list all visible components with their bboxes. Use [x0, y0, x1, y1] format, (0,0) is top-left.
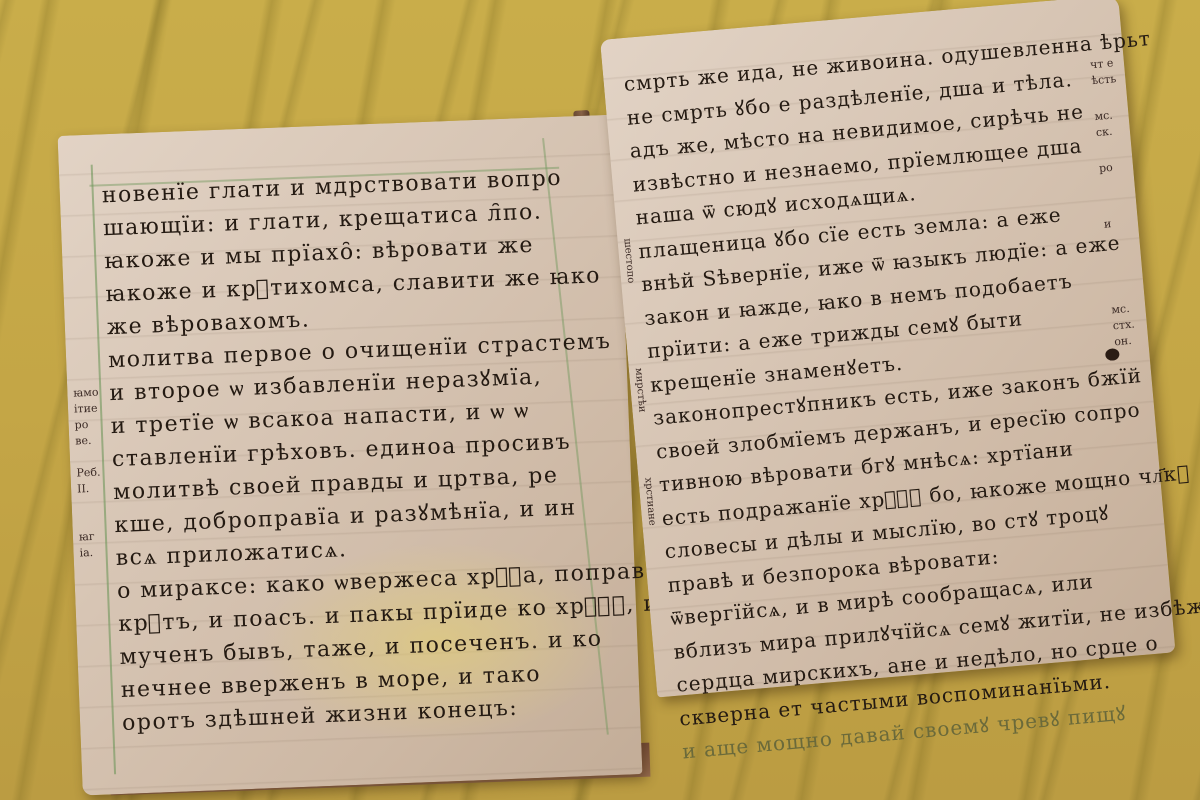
- marginal-note: ро: [74, 417, 101, 434]
- marginal-note: іа.: [79, 544, 106, 561]
- left-manuscript-page: ꙗмо ітие ро ве. Реб. ІІ. ꙗг іа. новенїе …: [58, 114, 643, 795]
- left-page-text: новенїе глати и мдрствовати вопро шающїи…: [101, 160, 620, 740]
- right-page-text: смрть же ида, не живоина. одушевленна ѣр…: [623, 26, 1162, 769]
- inner-margin-note: хрстиане: [642, 477, 657, 526]
- marginal-note: ве.: [75, 433, 102, 450]
- marginal-note: ІІ.: [77, 481, 104, 498]
- right-manuscript-page: шестопо мирстѣи хрстиане чт е ѣсть мс. с…: [600, 0, 1176, 697]
- inner-margin-note: мирстѣи: [633, 367, 648, 412]
- marginal-note: ꙗг: [79, 528, 106, 545]
- marginal-note: ꙗмо: [73, 385, 100, 402]
- inner-margin-note: шестопо: [621, 238, 636, 284]
- marginal-note: Реб.: [76, 465, 103, 482]
- marginal-note: ітие: [74, 401, 101, 418]
